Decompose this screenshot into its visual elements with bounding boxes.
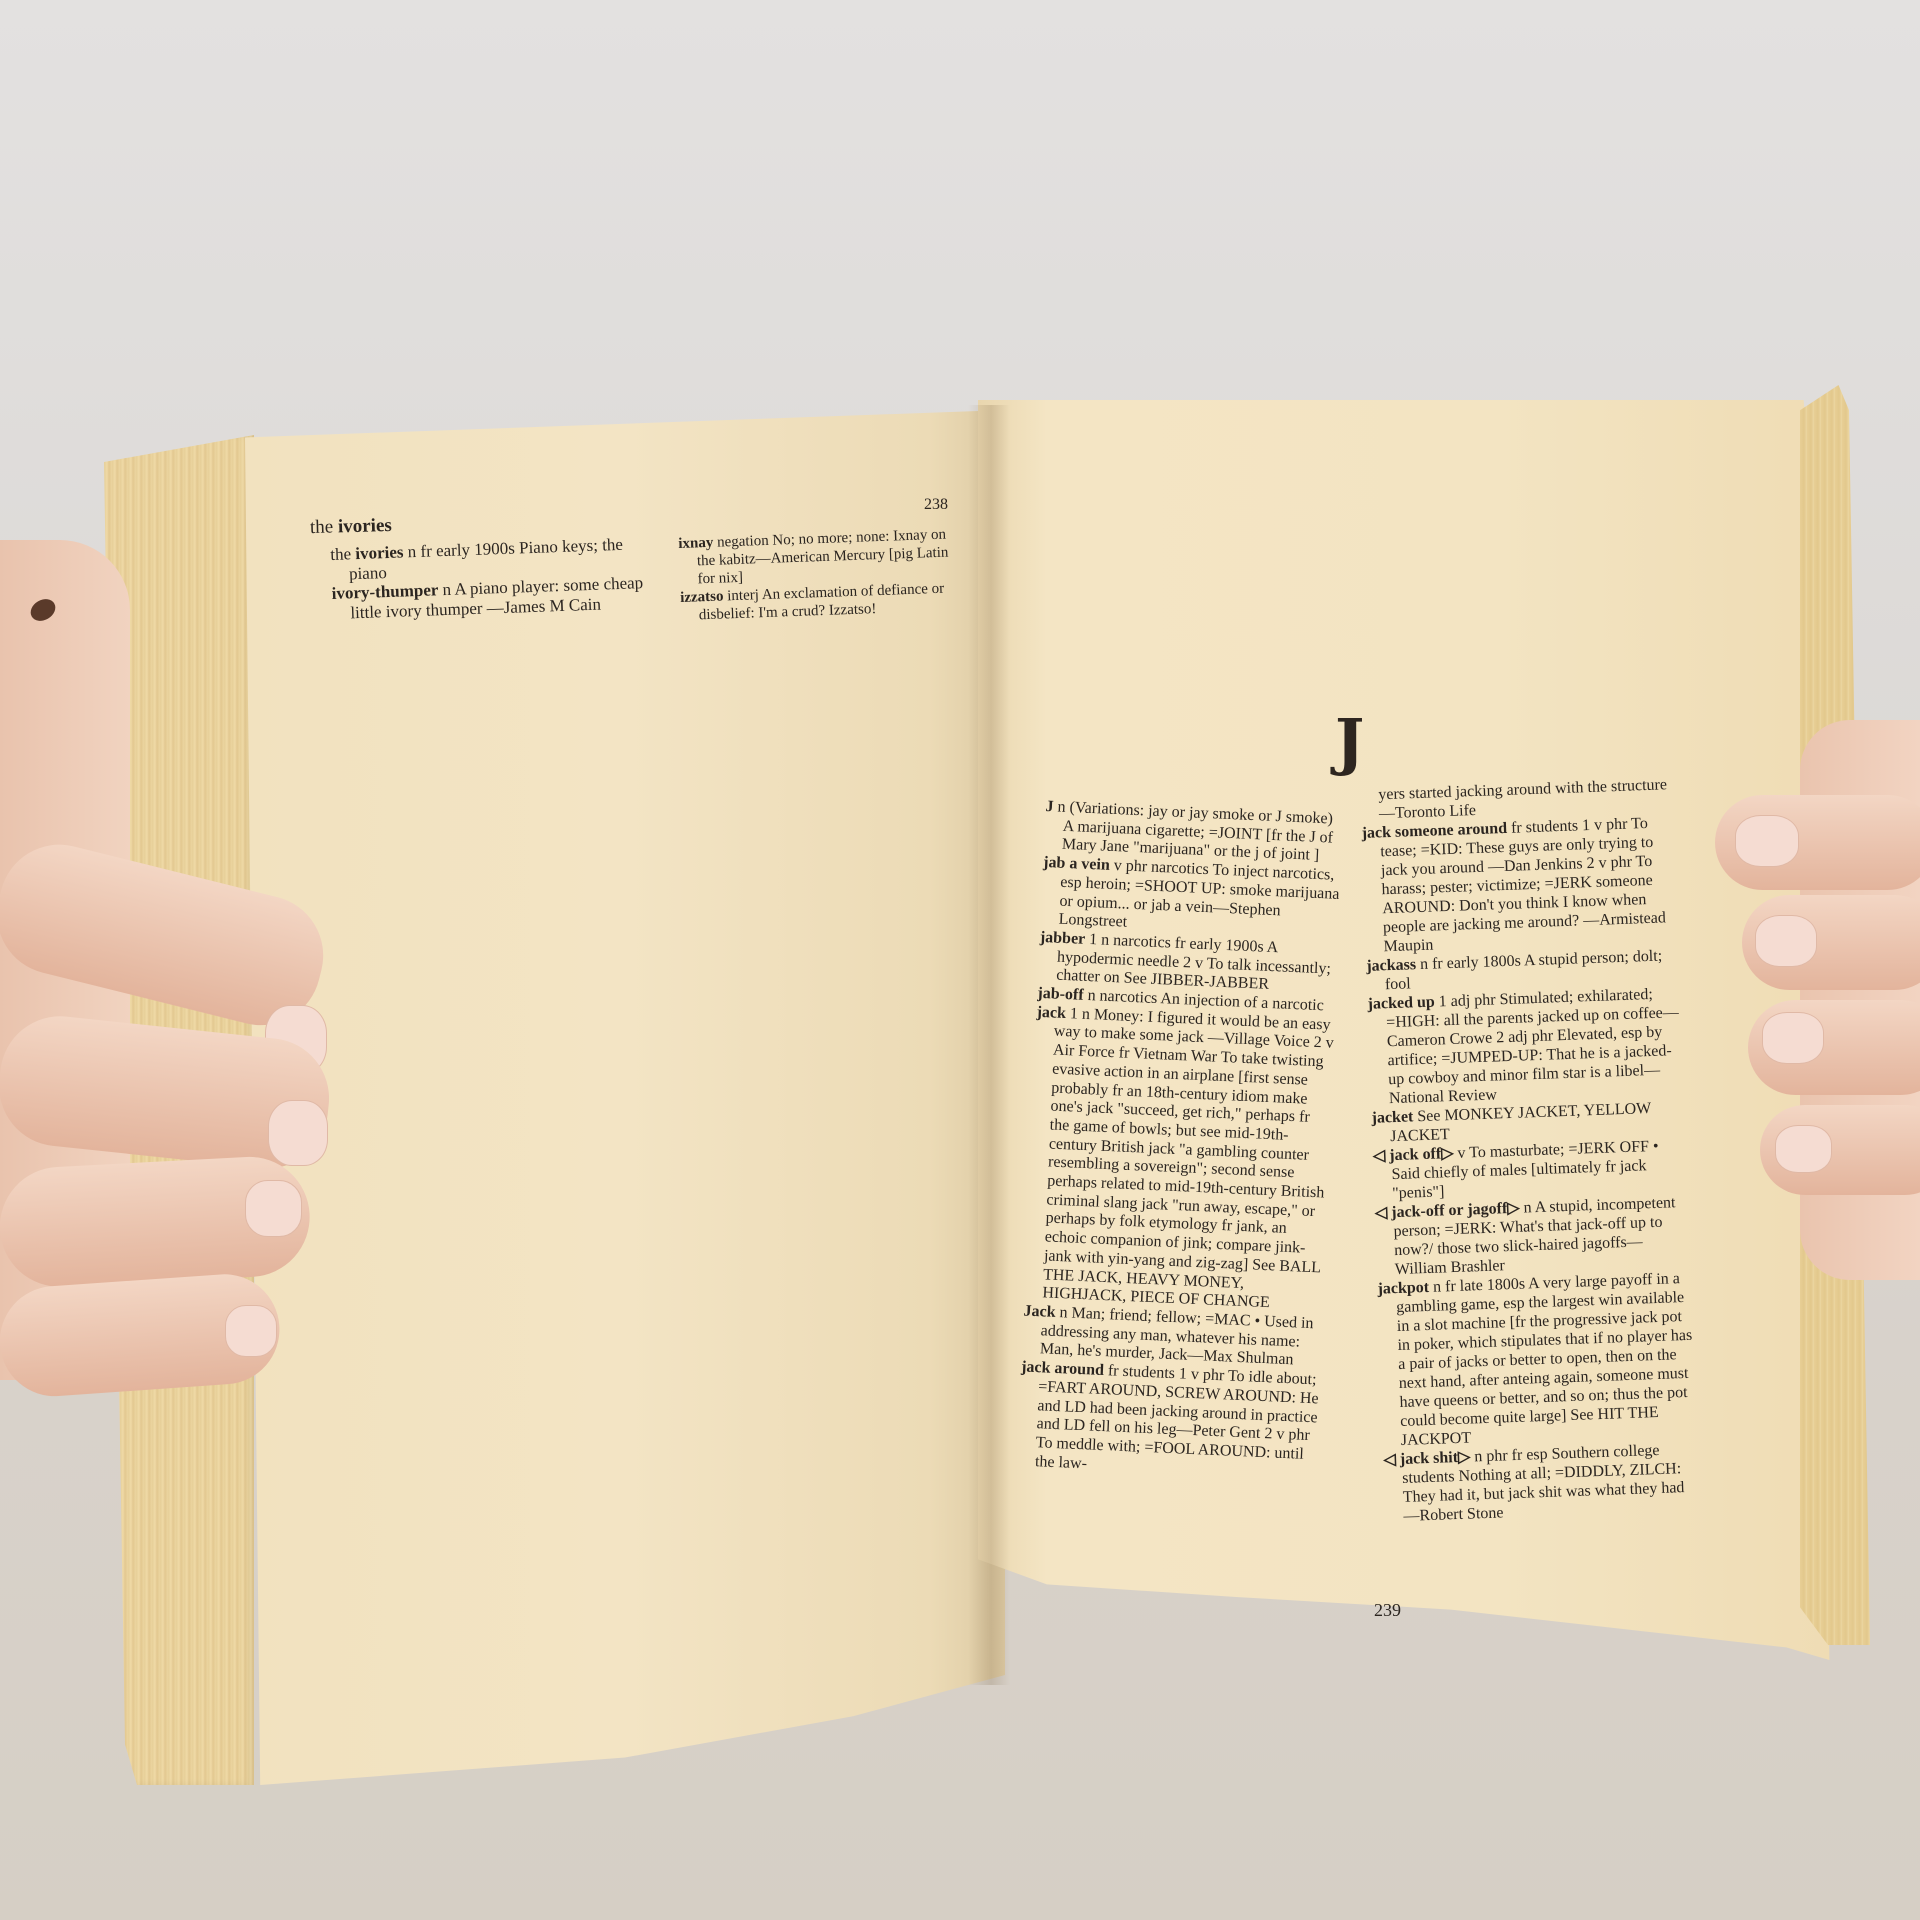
right-fingernail-1	[1735, 815, 1799, 867]
dictionary-entry: jack someone around fr students 1 v phr …	[1361, 813, 1680, 957]
left-fingernail-3	[245, 1180, 302, 1237]
page-number-left: 238	[924, 496, 948, 514]
dictionary-entry: ◁ jack-off or jagoff▷ n A stupid, incomp…	[1375, 1193, 1692, 1280]
dictionary-entry: jacked up 1 adj phr Stimulated; exhilara…	[1367, 984, 1686, 1109]
dictionary-entry: jackpot n fr late 1800s A very large pay…	[1377, 1269, 1698, 1451]
dictionary-entry: ixnay negation No; no more; none: Ixnay …	[678, 526, 950, 589]
right-column-1: J n (Variations: jay or jay smoke or J s…	[1017, 798, 1346, 1484]
dictionary-entry: jack around fr students 1 v phr To idle …	[1017, 1359, 1322, 1484]
running-head-prefix: the	[310, 516, 334, 538]
page-number-right: 239	[1374, 1600, 1401, 1621]
running-head: the ivories	[310, 515, 392, 539]
dictionary-entry: ◁ jack shit▷ n phr fr esp Southern colle…	[1383, 1440, 1700, 1527]
right-fingernail-2	[1755, 915, 1817, 967]
book-gutter	[968, 405, 1010, 1685]
dictionary-entry: jack 1 n Money: I figured it would be an…	[1024, 1004, 1337, 1316]
left-fingernail-2	[268, 1100, 328, 1166]
left-fingernail-4	[225, 1305, 277, 1357]
dictionary-entry: jab a vein v phr narcotics To inject nar…	[1040, 854, 1343, 942]
running-head-word: ivories	[338, 515, 392, 537]
left-column-2: ixnay negation No; no more; none: Ixnay …	[678, 526, 951, 625]
right-fingernail-4	[1775, 1125, 1832, 1173]
photo-scene: the ivories 238 the ivories n fr early 1…	[0, 0, 1920, 1920]
section-letter: J	[1335, 705, 1364, 778]
right-fingernail-3	[1762, 1012, 1824, 1064]
right-column-2: yers started jacking around with the str…	[1360, 775, 1701, 1527]
left-column-1: the ivories n fr early 1900s Piano keys;…	[330, 534, 658, 623]
